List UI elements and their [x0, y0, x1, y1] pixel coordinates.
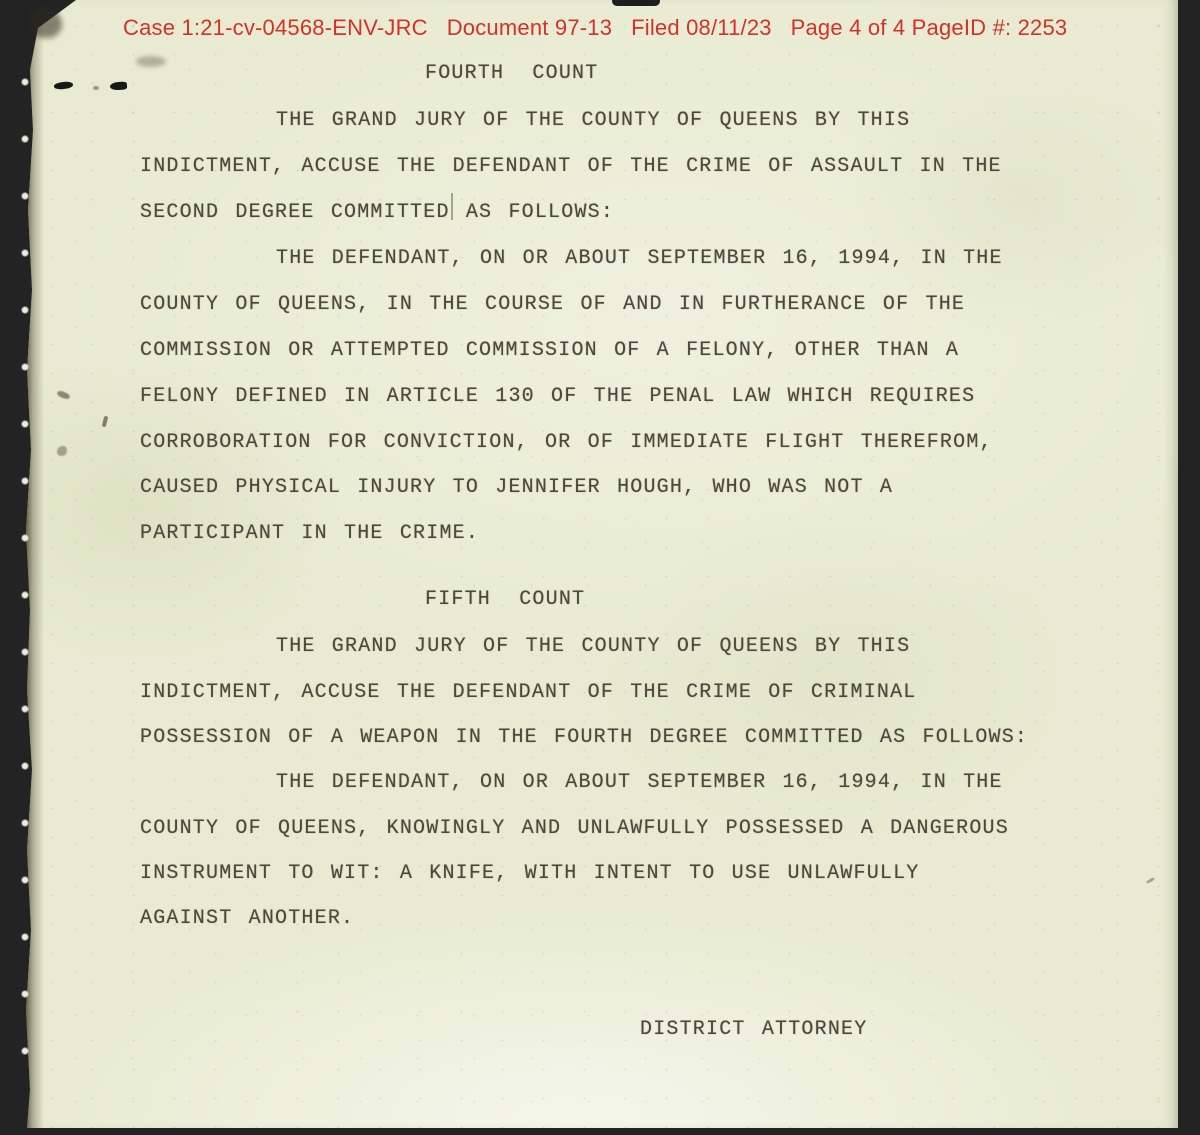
typed-line: POSSESSION OF A WEAPON IN THE FOURTH DEG… — [140, 726, 1028, 750]
typed-line: FELONY DEFINED IN ARTICLE 130 OF THE PEN… — [140, 385, 975, 409]
typed-line: COUNTY OF QUEENS, KNOWINGLY AND UNLAWFUL… — [140, 817, 1009, 841]
typed-line: AGAINST ANOTHER. — [140, 907, 354, 931]
typed-line: INSTRUMENT TO WIT: A KNIFE, WITH INTENT … — [140, 862, 920, 886]
fourth-count-heading: FOURTH COUNT — [425, 62, 598, 86]
case-stamp-header: Case 1:21-cv-04568-ENV-JRC Document 97-1… — [123, 14, 1067, 42]
typed-line: PARTICIPANT IN THE CRIME. — [140, 522, 479, 546]
typed-line: THE DEFENDANT, ON OR ABOUT SEPTEMBER 16,… — [276, 247, 1003, 271]
typed-line: CORROBORATION FOR CONVICTION, OR OF IMME… — [140, 431, 993, 455]
scanned-document-page: Case 1:21-cv-04568-ENV-JRC Document 97-1… — [0, 0, 1200, 1135]
typed-line: THE GRAND JURY OF THE COUNTY OF QUEENS B… — [276, 635, 910, 659]
fifth-count-heading: FIFTH COUNT — [425, 588, 585, 612]
typed-line: CAUSED PHYSICAL INJURY TO JENNIFER HOUGH… — [140, 476, 893, 500]
typed-line: COMMISSION OR ATTEMPTED COMMISSION OF A … — [140, 339, 959, 363]
typed-line: SECOND DEGREE COMMITTED AS FOLLOWS: — [140, 201, 614, 225]
typed-line: INDICTMENT, ACCUSE THE DEFENDANT OF THE … — [140, 155, 1002, 179]
typed-line: THE DEFENDANT, ON OR ABOUT SEPTEMBER 16,… — [276, 771, 1003, 795]
typed-line: THE GRAND JURY OF THE COUNTY OF QUEENS B… — [276, 109, 910, 133]
typed-line: INDICTMENT, ACCUSE THE DEFENDANT OF THE … — [140, 681, 917, 705]
district-attorney-line: DISTRICT ATTORNEY — [640, 1018, 867, 1042]
document-text-layer: Case 1:21-cv-04568-ENV-JRC Document 97-1… — [0, 0, 1200, 1135]
typed-line: COUNTY OF QUEENS, IN THE COURSE OF AND I… — [140, 293, 965, 317]
